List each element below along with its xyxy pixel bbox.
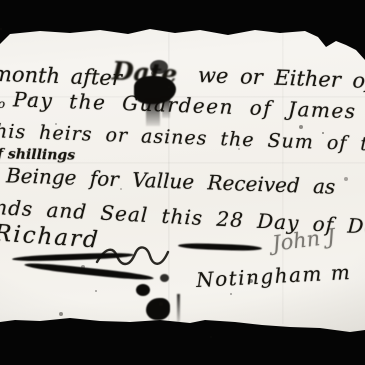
ink-drip xyxy=(177,294,180,324)
paper-speckles xyxy=(0,28,2,30)
manuscript-line3-insertion: f shillings xyxy=(0,146,75,163)
ink-blot xyxy=(150,60,168,74)
ink-blot xyxy=(146,298,170,320)
ink-drip xyxy=(162,98,170,118)
manuscript-line1-left: month after xyxy=(0,62,122,91)
document-photo: month after Date we or Either of to Pay … xyxy=(0,0,365,365)
ink-blot xyxy=(136,284,150,296)
ink-blot xyxy=(160,274,169,282)
manuscript-margin-mark: to xyxy=(0,97,5,111)
ink-drip xyxy=(146,100,160,126)
